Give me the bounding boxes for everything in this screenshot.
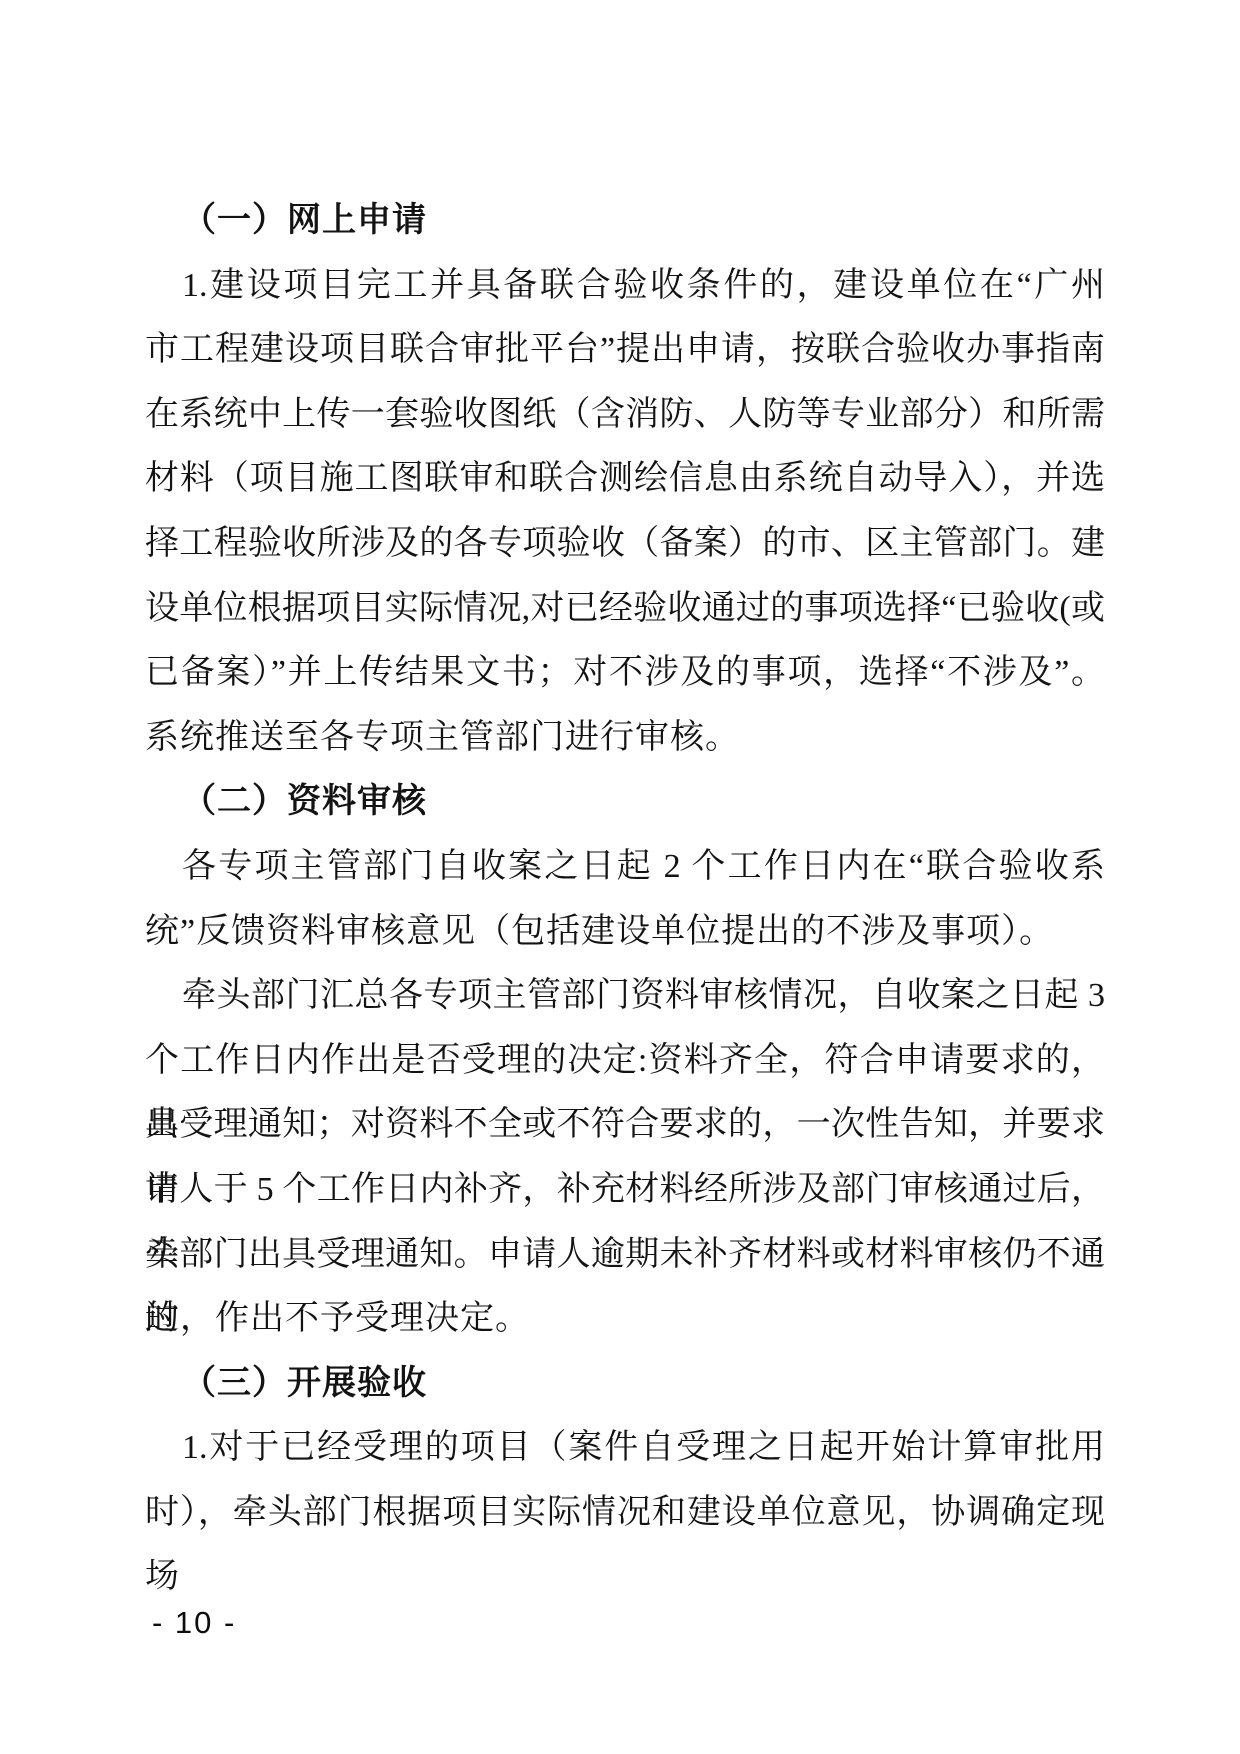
text-line: 统”反馈资料审核意见（包括建设单位提出的不涉及事项）。: [145, 900, 1105, 965]
section-heading-online-application: （一）网上申请: [145, 189, 1105, 254]
text-line: 的，作出不予受理决定。: [145, 1287, 1105, 1352]
text-line: 个工作日内作出是否受理的决定:资料齐全，符合申请要求的，出: [145, 1029, 1105, 1094]
text-line: 时），牵头部门根据项目实际情况和建设单位意见，协调确定现场: [145, 1481, 1105, 1546]
text-line: 在系统中上传一套验收图纸（含消防、人防等专业部分）和所需: [145, 383, 1105, 448]
text-line: 头部门出具受理通知。申请人逾期未补齐材料或材料审核仍不通过: [145, 1223, 1105, 1288]
page-number: - 10 -: [152, 1603, 236, 1643]
document-body: （一）网上申请 1.建设项目完工并具备联合验收条件的，建设单位在“广州 市工程建…: [145, 189, 1105, 1545]
text-line: 设单位根据项目实际情况,对已经验收通过的事项选择“已验收(或: [145, 577, 1105, 642]
text-line: 1.建设项目完工并具备联合验收条件的，建设单位在“广州: [145, 254, 1105, 319]
text-line: 牵头部门汇总各专项主管部门资料审核情况，自收案之日起 3: [145, 964, 1105, 1029]
section-heading-conduct-acceptance: （三）开展验收: [145, 1352, 1105, 1417]
document-page: （一）网上申请 1.建设项目完工并具备联合验收条件的，建设单位在“广州 市工程建…: [0, 0, 1240, 1754]
text-line: 已备案）”并上传结果文书；对不涉及的事项，选择“不涉及”。: [145, 641, 1105, 706]
text-line: 市工程建设项目联合审批平台”提出申请，按联合验收办事指南: [145, 318, 1105, 383]
section-heading-material-review: （二）资料审核: [145, 770, 1105, 835]
text-line: 系统推送至各专项主管部门进行审核。: [145, 706, 1105, 771]
text-line: 1.对于已经受理的项目（案件自受理之日起开始计算审批用: [145, 1416, 1105, 1481]
text-line: 具受理通知；对资料不全或不符合要求的，一次性告知，并要求申: [145, 1093, 1105, 1158]
text-line: 各专项主管部门自收案之日起 2 个工作日内在“联合验收系: [145, 835, 1105, 900]
text-line: 材料（项目施工图联审和联合测绘信息由系统自动导入），并选: [145, 447, 1105, 512]
text-line: 择工程验收所涉及的各专项验收（备案）的市、区主管部门。建: [145, 512, 1105, 577]
text-line: 请人于 5 个工作日内补齐，补充材料经所涉及部门审核通过后，牵: [145, 1158, 1105, 1223]
